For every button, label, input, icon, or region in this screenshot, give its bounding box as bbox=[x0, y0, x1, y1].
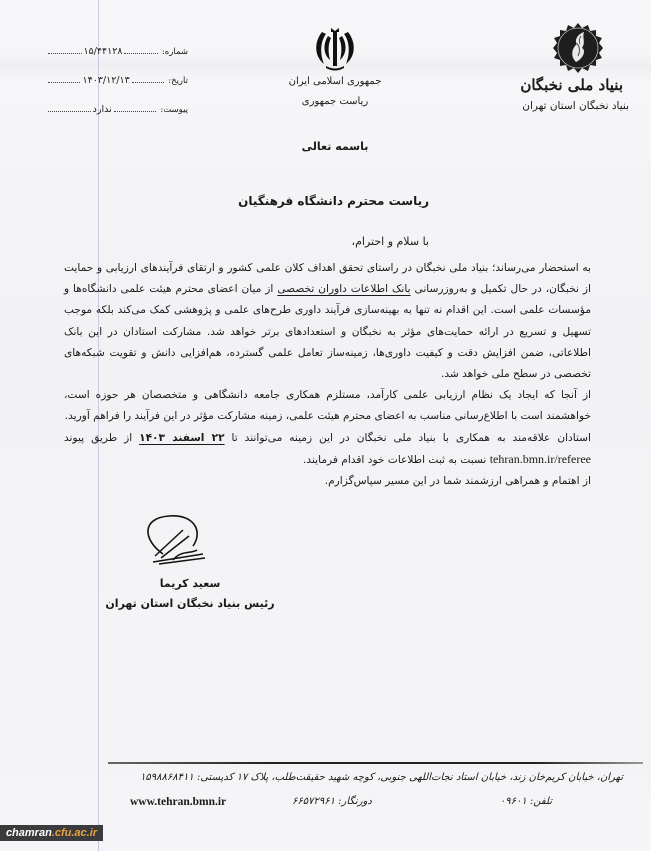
paragraph-text: از طریق پیوند bbox=[64, 432, 139, 444]
presidency-title: ریاست جمهوری bbox=[285, 96, 385, 107]
dotted-leader bbox=[114, 111, 157, 112]
paragraph-closing: از اهتمام و همراهی ارزشمند شما در این مس… bbox=[64, 471, 591, 492]
letter-date-label: تاریخ: bbox=[168, 76, 188, 86]
organization-name: بنیاد ملی نخبگان bbox=[520, 76, 623, 94]
dotted-leader bbox=[48, 82, 81, 83]
watermark-text: chamran bbox=[6, 827, 52, 839]
invocation: باسمه تعالی bbox=[280, 140, 390, 153]
paragraph-text: از میان اعضای محترم هیئت علمی دانشگاه‌ها… bbox=[64, 283, 591, 380]
letter-attachment-value: ندارد bbox=[93, 104, 112, 115]
deadline-date: ۲۲ اسفند ۱۴۰۳ bbox=[139, 432, 224, 444]
letter-attachment-label: پیوست: bbox=[160, 105, 188, 115]
letter-number-field: شماره: ۱۵/۴۴۱۲۸ bbox=[46, 46, 188, 60]
footer-fax: دورنگار: ۶۶۵۷۲۹۶۱ bbox=[292, 796, 372, 807]
paragraph-intro: به استحضار می‌رساند؛ بنیاد ملی نخبگان در… bbox=[64, 258, 591, 385]
greeting: با سلام و احترام، bbox=[352, 235, 429, 248]
footer-divider bbox=[108, 762, 643, 764]
footer-contacts: www.tehran.bmn.ir دورنگار: ۶۶۵۷۲۹۶۱ تلفن… bbox=[130, 796, 580, 810]
dotted-leader bbox=[48, 111, 91, 112]
letter-body: به استحضار می‌رساند؛ بنیاد ملی نخبگان در… bbox=[64, 258, 591, 492]
footer-address: تهران، خیابان کریم‌خان زند، خیابان استاد… bbox=[140, 772, 623, 783]
signer-title: رئیس بنیاد نخبگان استان تهران bbox=[100, 597, 280, 610]
dotted-leader bbox=[132, 82, 165, 83]
paragraph-text: استادان علاقه‌مند به همکاری با بنیاد ملی… bbox=[225, 432, 591, 444]
watermark-domain: .cfu.ac.ir bbox=[52, 827, 97, 839]
paragraph-request: از آنجا که ایجاد یک نظام ارزیابی علمی کا… bbox=[64, 385, 591, 427]
handwritten-signature-icon bbox=[133, 510, 215, 568]
dotted-leader bbox=[124, 53, 158, 54]
footer-phone: تلفن: ۰۹۶۰۱ bbox=[500, 796, 552, 807]
letter-date-value: ۱۴۰۳/۱۲/۱۳ bbox=[82, 75, 129, 86]
site-watermark: chamran.cfu.ac.ir bbox=[0, 825, 103, 841]
letter-date-field: تاریخ: ۱۴۰۳/۱۲/۱۳ bbox=[46, 75, 188, 89]
organization-subname: بنیاد نخبگان استان تهران bbox=[522, 100, 629, 112]
scanned-letter-page: بنیاد ملی نخبگان بنیاد نخبگان استان تهرا… bbox=[0, 0, 651, 851]
iran-national-emblem-icon bbox=[312, 24, 358, 72]
footer-website[interactable]: www.tehran.bmn.ir bbox=[130, 796, 226, 808]
paragraph-text: نسبت به ثبت اطلاعات خود اقدام فرمایند. bbox=[303, 454, 490, 466]
paragraph-deadline: استادان علاقه‌مند به همکاری با بنیاد ملی… bbox=[64, 428, 591, 471]
national-title: جمهوری اسلامی ایران bbox=[285, 76, 385, 87]
dotted-leader bbox=[48, 53, 82, 54]
letter-number-value: ۱۵/۴۴۱۲۸ bbox=[84, 46, 123, 57]
elite-foundation-emblem-icon bbox=[552, 22, 604, 74]
addressee: ریاست محترم دانشگاه فرهنگیان bbox=[238, 194, 429, 208]
signer-name: سعید کریما bbox=[140, 577, 240, 590]
letter-number-label: شماره: bbox=[162, 47, 188, 57]
letter-attachment-field: پیوست: ندارد bbox=[46, 104, 188, 118]
registration-link[interactable]: tehran.bmn.ir/referee bbox=[490, 452, 591, 466]
referee-database-emphasis: بانک اطلاعات داوران تخصصی bbox=[277, 283, 410, 295]
